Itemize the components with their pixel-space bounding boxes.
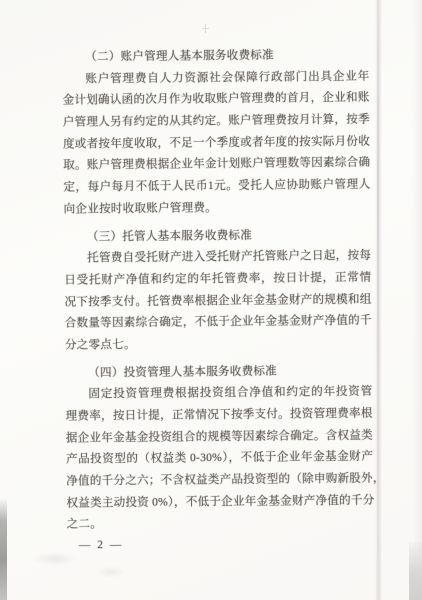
scan-edge-right xyxy=(412,0,422,600)
body-line: 合数量等因素综合确定，不低于企业年金基金财产净值的千 xyxy=(65,310,372,335)
scanned-page: （二）账户管理人基本服务收费标准账户管理费自人力资源社会保障行政部门出具企业年金… xyxy=(0,0,422,600)
scan-smudge xyxy=(96,566,126,578)
body-line: 况下按季支付。托管费率根据企业年金基金财产的规模和组 xyxy=(64,288,371,313)
section-heading: （三）托管人基本服务收费标准 xyxy=(64,223,371,248)
section-heading: （二）账户管理人基本服务收费标准 xyxy=(62,44,369,69)
body-line: 权益类主动投资 0%），不低于企业年金基金财产净值的千分 xyxy=(66,489,373,514)
body-line: 账户管理费自人力资源社会保障行政部门出具企业年 xyxy=(62,65,369,90)
page-fold-line xyxy=(377,0,379,600)
body-line: 向企业按时收取账户管理费。 xyxy=(64,195,371,220)
body-line: 金计划确认函的次月作为收取账户管理费的首月，企业和账 xyxy=(62,87,369,112)
body-line: 日受托财产净值和约定的年托管费率，按日计提，正常情 xyxy=(64,266,371,291)
section-heading: （四）投资管理人基本服务收费标准 xyxy=(65,359,372,384)
body-line: 净值的千分之六；不含权益类产品投资型的（除申购新股外， xyxy=(66,468,373,493)
paragraph: 账户管理费自人力资源社会保障行政部门出具企业年金计划确认函的次月作为收取账户管理… xyxy=(62,65,370,220)
body-line: 取。账户管理费根据企业年金计划账户管理数等因素综合确 xyxy=(63,152,370,177)
scan-corner-bottom-right xyxy=(409,542,422,600)
body-line: 据企业年金基金投资组合的规模等因素综合确定。含权益类 xyxy=(66,424,373,449)
page-number: — 2 — xyxy=(67,533,374,558)
paragraph: 托管费自受托财产进入受托财产托管账户之日起，按每日受托财产净值和约定的年托管费率… xyxy=(64,245,372,356)
body-line: 之二。 xyxy=(67,511,374,536)
body-line: 定，每户每月不低于人民币1元。受托人应协助账户管理人 xyxy=(63,174,370,199)
body-line: 户管理人另有约定的从其约定。账户管理费按月计算，按季 xyxy=(63,109,370,134)
paragraph: 固定投资管理费根据投资组合净值和约定的年投资管理费率，按日计提，正常情况下按季支… xyxy=(65,381,373,536)
scan-smudge xyxy=(202,24,209,33)
body-line: 托管费自受托财产进入受托财产托管账户之日起，按每 xyxy=(64,245,371,270)
body-line: 产品投资型的（权益类 0-30%），不低于企业年金基金财产 xyxy=(66,446,373,471)
scan-edge-left xyxy=(0,498,7,600)
body-line: 分之零点七。 xyxy=(65,331,372,356)
body-line: 固定投资管理费根据投资组合净值和约定的年投资管 xyxy=(65,381,372,406)
body-line: 理费率，按日计提，正常情况下按季支付。投资管理费率根 xyxy=(66,403,373,428)
document-body: （二）账户管理人基本服务收费标准账户管理费自人力资源社会保障行政部门出具企业年金… xyxy=(62,44,374,536)
document-content: （二）账户管理人基本服务收费标准账户管理费自人力资源社会保障行政部门出具企业年金… xyxy=(62,38,374,558)
body-line: 度或者按年度收取，不足一个季度或者年度的按实际月份收 xyxy=(63,130,370,155)
